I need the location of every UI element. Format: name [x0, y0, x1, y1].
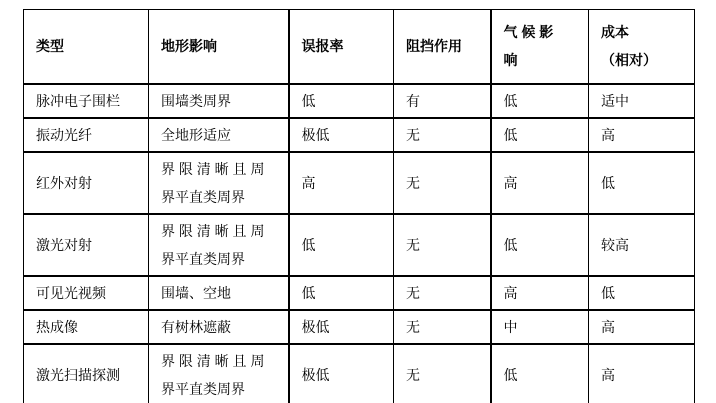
cell-terrain: 界 限 清 晰 且 周 界平直类周界: [149, 344, 289, 403]
cell-blocking: 有: [394, 84, 491, 118]
cell-type: 热成像: [24, 310, 149, 344]
cell-blocking: 无: [394, 276, 491, 310]
cell-type: 脉冲电子围栏: [24, 84, 149, 118]
cell-climate: 低: [491, 118, 589, 152]
cell-type: 可见光视频: [24, 276, 149, 310]
cell-climate: 高: [491, 152, 589, 214]
column-header-false-alarm-rate: 误报率: [289, 10, 394, 84]
table-row-infrared-beam: 红外对射 界 限 清 晰 且 周 界平直类周界 高 无 高 低: [24, 152, 695, 214]
table-row-laser-scan-detection: 激光扫描探测 界 限 清 晰 且 周 界平直类周界 极低 无 低 高: [24, 344, 695, 403]
cell-terrain: 界 限 清 晰 且 周 界平直类周界: [149, 152, 289, 214]
header-row: 类型 地形影响 误报率 阻挡作用 气 候 影 响 成本 （相对）: [24, 10, 695, 84]
cell-cost: 低: [589, 152, 695, 214]
table-row-vibration-fiber: 振动光纤 全地形适应 极低 无 低 高: [24, 118, 695, 152]
cell-false-alarm: 高: [289, 152, 394, 214]
cell-blocking: 无: [394, 118, 491, 152]
column-header-blocking-effect: 阻挡作用: [394, 10, 491, 84]
cell-terrain: 围墙类周界: [149, 84, 289, 118]
cell-terrain: 全地形适应: [149, 118, 289, 152]
cell-false-alarm: 极低: [289, 118, 394, 152]
column-header-climate-impact: 气 候 影 响: [491, 10, 589, 84]
cell-false-alarm: 低: [289, 214, 394, 276]
table-row-thermal-imaging: 热成像 有树林遮蔽 极低 无 中 高: [24, 310, 695, 344]
cell-type: 激光对射: [24, 214, 149, 276]
cell-cost: 高: [589, 310, 695, 344]
cell-climate: 中: [491, 310, 589, 344]
cell-blocking: 无: [394, 310, 491, 344]
cell-climate: 低: [491, 344, 589, 403]
cell-climate: 低: [491, 214, 589, 276]
cell-climate: 高: [491, 276, 589, 310]
column-header-relative-cost: 成本 （相对）: [589, 10, 695, 84]
table-row-pulse-electronic-fence: 脉冲电子围栏 围墙类周界 低 有 低 适中: [24, 84, 695, 118]
cell-cost: 适中: [589, 84, 695, 118]
cell-terrain: 界 限 清 晰 且 周 界平直类周界: [149, 214, 289, 276]
document-page: 类型 地形影响 误报率 阻挡作用 气 候 影 响 成本 （相对） 脉冲电子围栏 …: [0, 0, 716, 403]
cell-blocking: 无: [394, 214, 491, 276]
cell-terrain: 围墙、空地: [149, 276, 289, 310]
column-header-terrain-impact: 地形影响: [149, 10, 289, 84]
cell-type: 振动光纤: [24, 118, 149, 152]
cell-blocking: 无: [394, 344, 491, 403]
cell-false-alarm: 低: [289, 276, 394, 310]
cell-type: 红外对射: [24, 152, 149, 214]
cell-cost: 高: [589, 344, 695, 403]
column-header-type: 类型: [24, 10, 149, 84]
cell-climate: 低: [491, 84, 589, 118]
cell-type: 激光扫描探测: [24, 344, 149, 403]
cell-false-alarm: 极低: [289, 310, 394, 344]
table-row-laser-beam: 激光对射 界 限 清 晰 且 周 界平直类周界 低 无 低 较高: [24, 214, 695, 276]
cell-blocking: 无: [394, 152, 491, 214]
cell-cost: 高: [589, 118, 695, 152]
cell-terrain: 有树林遮蔽: [149, 310, 289, 344]
perimeter-security-comparison-table: 类型 地形影响 误报率 阻挡作用 气 候 影 响 成本 （相对） 脉冲电子围栏 …: [23, 9, 695, 403]
table-row-visible-light-video: 可见光视频 围墙、空地 低 无 高 低: [24, 276, 695, 310]
cell-cost: 较高: [589, 214, 695, 276]
cell-false-alarm: 低: [289, 84, 394, 118]
cell-false-alarm: 极低: [289, 344, 394, 403]
cell-cost: 低: [589, 276, 695, 310]
